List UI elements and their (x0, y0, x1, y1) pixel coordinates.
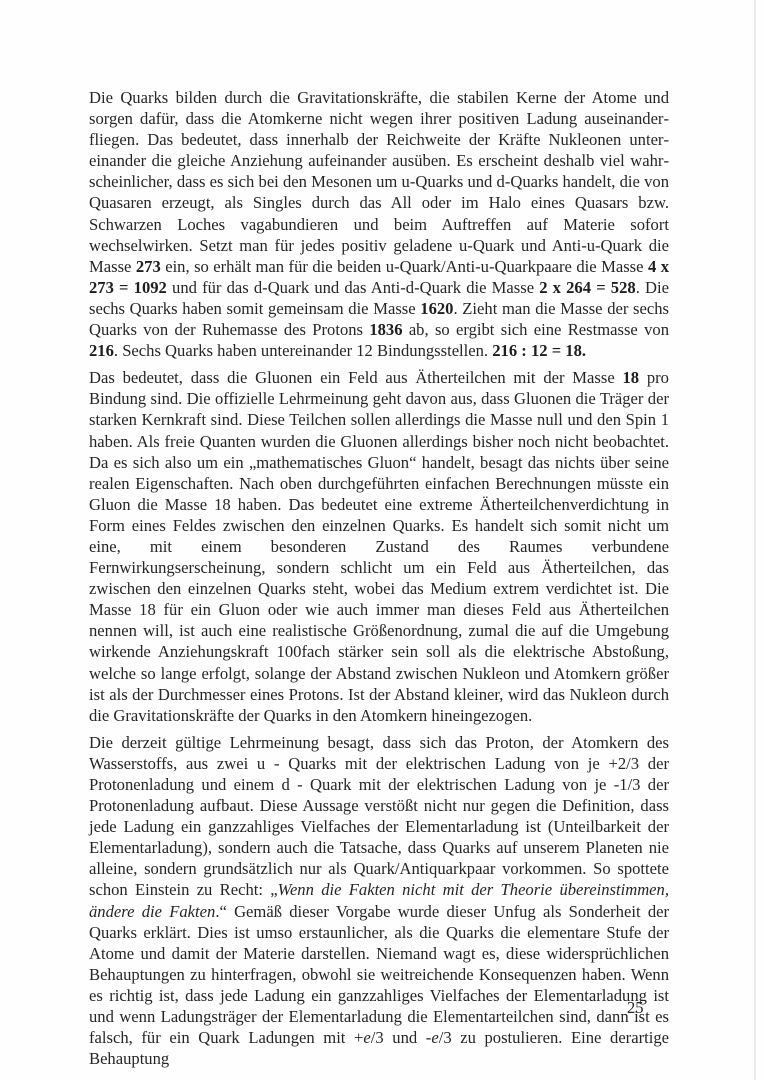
text-run: Die derzeit gültige Lehrmeinung besagt, … (89, 733, 669, 900)
italic-text: e (363, 1028, 370, 1047)
bold-number: 216 : 12 = 18. (492, 341, 586, 360)
page-edge-line (754, 0, 756, 1080)
text-run: Das bedeutet, dass die Gluonen ein Feld … (89, 368, 622, 387)
text-run: ab, so ergibt sich eine Restmasse von (403, 320, 670, 339)
bold-number: 273 (136, 257, 161, 276)
paragraph-proton-charge: Die derzeit gültige Lehrmeinung besagt, … (89, 732, 669, 1070)
italic-text: e (431, 1028, 438, 1047)
text-run: . Sechs Quarks haben untereinander 12 Bi… (114, 341, 492, 360)
body-text: Die Quarks bilden durch die Gravitations… (89, 87, 669, 1075)
bold-number: 18 (622, 368, 639, 387)
bold-number: 1620 (420, 299, 453, 318)
paragraph-quark-masses: Die Quarks bilden durch die Gravitations… (89, 87, 669, 361)
paragraph-gluons: Das bedeutet, dass die Gluonen ein Feld … (89, 367, 669, 726)
page-number: 25 (627, 998, 644, 1018)
text-run: Die Quarks bilden durch die Gravitations… (89, 88, 669, 276)
bold-number: 2 x 264 = 528 (539, 278, 635, 297)
text-run: .“ Gemäß dieser Vorgabe wurde dieser Unf… (89, 902, 669, 1048)
text-run: und für das d-Quark und das Anti-d-Quark… (167, 278, 539, 297)
bold-number: 216 (89, 341, 114, 360)
text-run: ein, so erhält man für die beiden u-Quar… (161, 257, 648, 276)
scanned-book-page: Die Quarks bilden durch die Gravitations… (0, 0, 764, 1080)
text-run: pro Bindung sind. Die offizielle Lehrmei… (89, 368, 669, 725)
bold-number: 1836 (369, 320, 402, 339)
text-run: /3 und - (371, 1028, 432, 1047)
